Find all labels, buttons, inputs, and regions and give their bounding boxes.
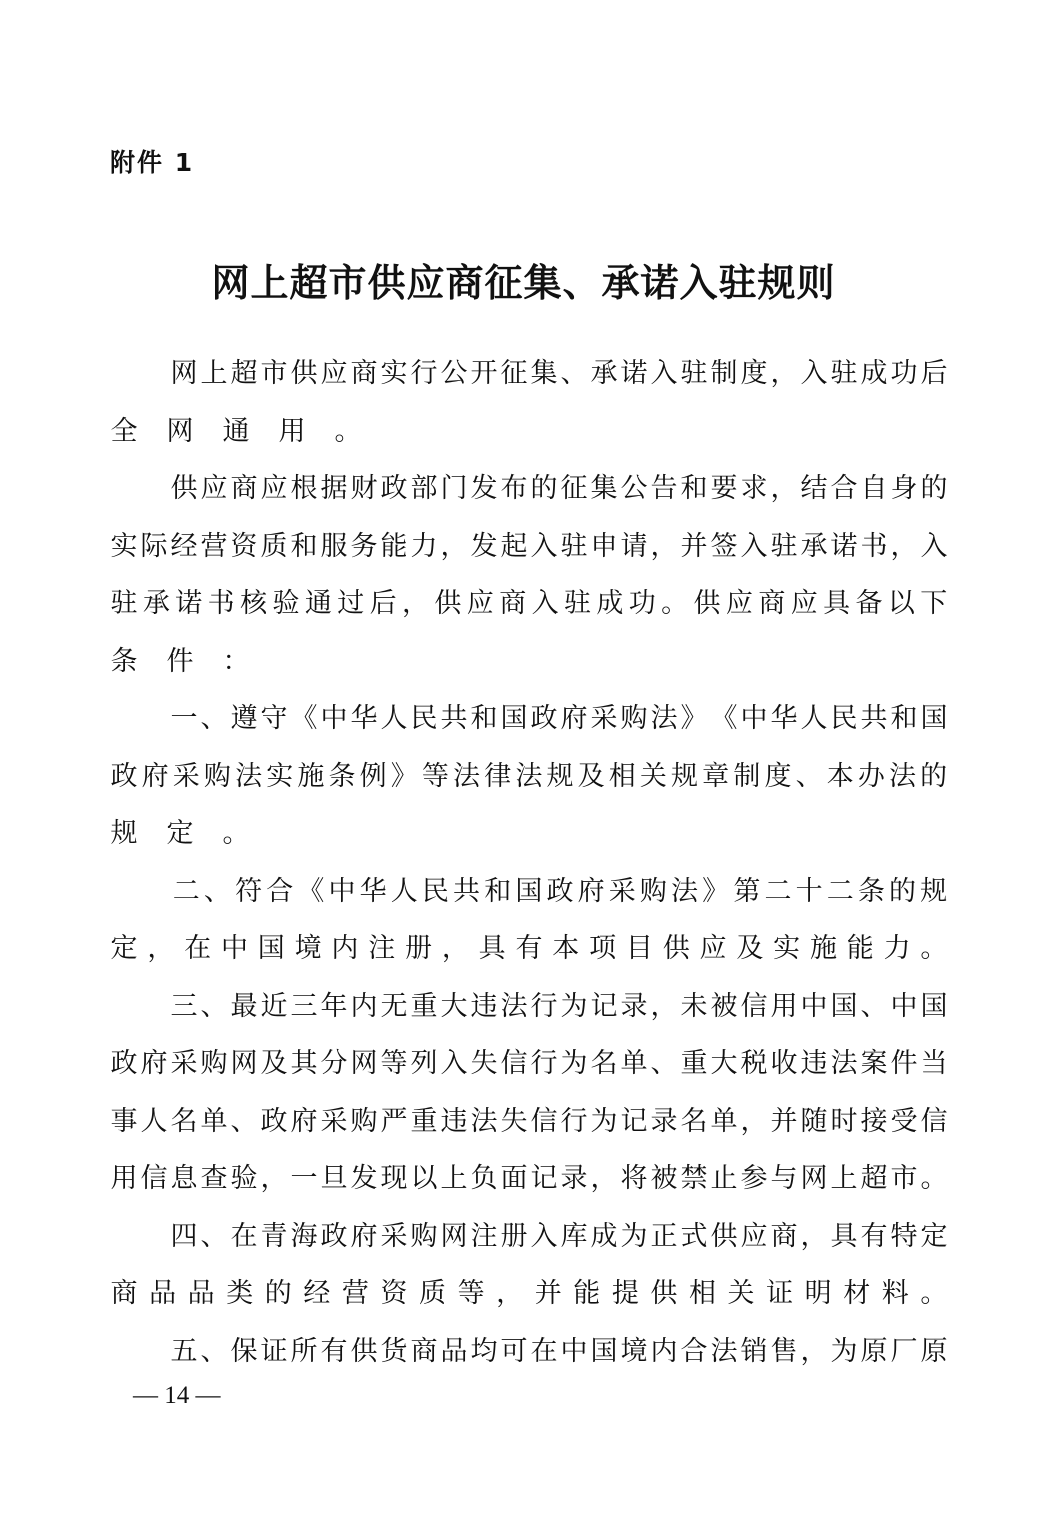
- paragraph: 五、保证所有供货商品均可在中国境内合法销售，为原厂原: [110, 1323, 948, 1381]
- text-line: 三、最近三年内无重大违法行为记录，未被信用中国、中国: [110, 978, 948, 1036]
- paragraph: 四、在青海政府采购网注册入库成为正式供应商，具有特定商品品类的经营资质等，并能提…: [110, 1208, 948, 1323]
- text-line: 事人名单、政府采购严重违法失信行为记录名单，并随时接受信: [110, 1093, 948, 1151]
- text-line: 二、符合《中华人民共和国政府采购法》第二十二条的规: [110, 863, 948, 921]
- document-body: 网上超市供应商实行公开征集、承诺入驻制度，入驻成功后全网通用。 供应商应根据财政…: [110, 345, 948, 1380]
- text-line: 四、在青海政府采购网注册入库成为正式供应商，具有特定: [110, 1208, 948, 1266]
- text-line: 政府采购法实施条例》等法律法规及相关规章制度、本办法的: [110, 748, 948, 806]
- text-line: 全网通用。: [110, 403, 948, 461]
- text-line: 网上超市供应商实行公开征集、承诺入驻制度，入驻成功后: [110, 345, 948, 403]
- paragraph: 一、遵守《中华人民共和国政府采购法》《中华人民共和国政府采购法实施条例》等法律法…: [110, 690, 948, 863]
- paragraph: 三、最近三年内无重大违法行为记录，未被信用中国、中国政府采购网及其分网等列入失信…: [110, 978, 948, 1208]
- paragraph: 供应商应根据财政部门发布的征集公告和要求，结合自身的实际经营资质和服务能力，发起…: [110, 460, 948, 690]
- text-line: 一、遵守《中华人民共和国政府采购法》《中华人民共和国: [110, 690, 948, 748]
- document-title: 网上超市供应商征集、承诺入驻规则: [0, 252, 1047, 307]
- text-line: 五、保证所有供货商品均可在中国境内合法销售，为原厂原: [110, 1323, 948, 1381]
- paragraph: 网上超市供应商实行公开征集、承诺入驻制度，入驻成功后全网通用。: [110, 345, 948, 460]
- text-line: 实际经营资质和服务能力，发起入驻申请，并签入驻承诺书，入: [110, 518, 948, 576]
- text-line: 商品品类的经营资质等，并能提供相关证明材料。: [110, 1265, 948, 1323]
- text-line: 政府采购网及其分网等列入失信行为名单、重大税收违法案件当: [110, 1035, 948, 1093]
- text-line: 用信息查验，一旦发现以上负面记录，将被禁止参与网上超市。: [110, 1150, 948, 1208]
- text-line: 驻承诺书核验通过后，供应商入驻成功。供应商应具备以下: [110, 575, 948, 633]
- text-line: 条件：: [110, 633, 948, 691]
- attachment-label: 附件 1: [110, 143, 194, 179]
- paragraph: 二、符合《中华人民共和国政府采购法》第二十二条的规定，在中国境内注册，具有本项目…: [110, 863, 948, 978]
- page-number: — 14 —: [133, 1382, 221, 1410]
- text-line: 供应商应根据财政部门发布的征集公告和要求，结合自身的: [110, 460, 948, 518]
- text-line: 规定。: [110, 805, 948, 863]
- text-line: 定，在中国境内注册，具有本项目供应及实施能力。: [110, 920, 948, 978]
